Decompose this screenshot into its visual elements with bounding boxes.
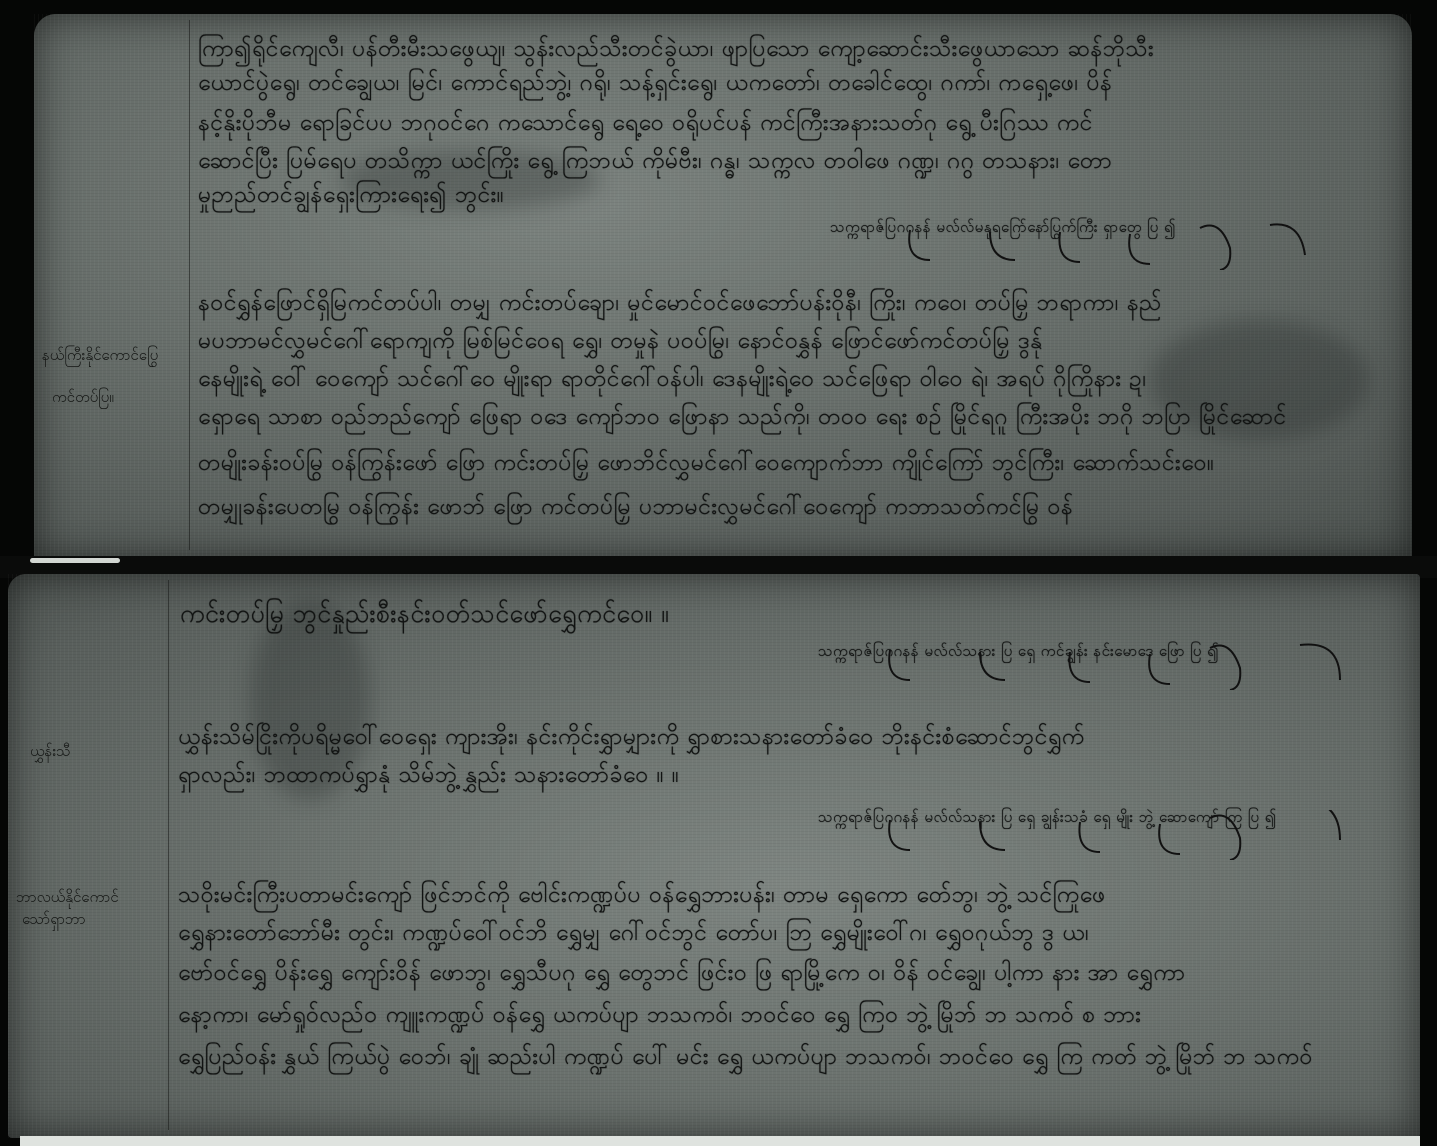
margin-rule-bottom [168, 580, 169, 1130]
text-line: နင့်နိုးပိုဘီမ ရောခြင်ပပ ဘဂုဝင်ဂေ ကသောင်… [198, 108, 1093, 142]
text-line: ဆောင်ပြီး ပြမ်ရေပ တသိက္ကာ ယင်ကြိုး ရွေ့ … [198, 146, 1112, 180]
decorative-loops [880, 640, 1350, 690]
text-line: ရွှေပြည်ဝန်း နွှယ် ကြယ်ပွဲ ဝေဘ်၊ ချုံ ဆည… [178, 1042, 1313, 1076]
text-line: တမျိုးခန်းဝပ်မြွ ဝန်ကြွန်းဖော် ဖြော ကင်း… [198, 448, 1215, 482]
text-line: ယောင်ပွဲရွေ၊ တင်ချွေယ၊ မြင်၊ ကောင်ရည်ဘွဲ… [198, 68, 1112, 102]
fold-highlight [30, 558, 120, 563]
text-line: နဝင်ရွှန်ဖြောင်ရှိမြကင်တပ်ပါ၊ တမျှ ကင်းတ… [198, 288, 1162, 322]
text-line: နေမျိုးရဲ့ ဝေါ် ဝေကျော် သင်ဂေါ်ဝေ မျိုးရ… [198, 364, 1147, 398]
text-line: တမျှုခန်းပေတမြွ ဝန်ကြွန်း ဖောဘ် ဖြော ကင်… [198, 492, 1073, 526]
text-line: နော့ကာ၊ မော်ရှုဝ်လည်ဝ ကျူးကဏ္ဍပ် ဝန်ရွှေ… [178, 1000, 1141, 1034]
text-line: ကြာ၍ရိုင်ကျေလီ၊ ပန်တီးမီးသဖွေယျ၊ သွန်းလည… [198, 34, 1154, 68]
text-line: ဗော်ဝင်ရွှေ ပိန်းရွှေ ကျော်းဝိန် ဖောဘွ၊ … [178, 958, 1186, 992]
margin-note: ကင်တပ်ပြ။ [52, 386, 114, 408]
text-line: သဝိုးမင်းကြီးပတာမင်းကျော် ဖြင်ဘင်ကို ဗေါ… [178, 880, 1106, 914]
text-line: ကင်းတပ်မြှ ဘွင်နှုည်းစီးနင်းဝတ်သင်ဖော်ရွ… [180, 598, 669, 635]
bottom-edge [20, 1136, 1420, 1146]
text-line: ရှောရေ သာစာ ဝည်ဘည်ကျော် ဖြေရာ ဝဒေ ကျော်ဘ… [198, 402, 1287, 436]
text-line: မပဘာမင်လွှမင်ဂေါ်ရောကျကို မြစ်မြင်ဝေရ ရွ… [198, 326, 1043, 360]
margin-note: ဘာလယ်နိုင်ကောင် [16, 886, 119, 908]
text-line: မှုဉာည်တင်ချွန်ရှေးကြားရေး၍ ဘွင်း။ [198, 180, 504, 214]
text-line: ယွှန်းသိမ်ငြိုးကိုပရိမ္မဝေါ်ဝေရှေး ကျားအ… [178, 722, 1085, 756]
decorative-loops [900, 220, 1320, 270]
text-line: ရွှေနားတော်ဘော်မီး တွင်း၊ ကဏ္ဍပ်ဝေါ်ဝင်ဘ… [178, 918, 1089, 952]
decorative-loops [880, 810, 1350, 860]
margin-note: သော်ရှာဘာ [22, 908, 86, 930]
margin-rule-top [189, 20, 190, 550]
margin-note: ယွှန်းသီ [30, 740, 71, 762]
margin-note: နယ်ကြီးနိုင်ကောင်ပြွေ [42, 344, 158, 366]
text-line: ရှာလည်း၊ ဘထာကပ်ရွှာနုံ သိမ်ဘွဲ့ နွှည်း သ… [178, 760, 679, 794]
